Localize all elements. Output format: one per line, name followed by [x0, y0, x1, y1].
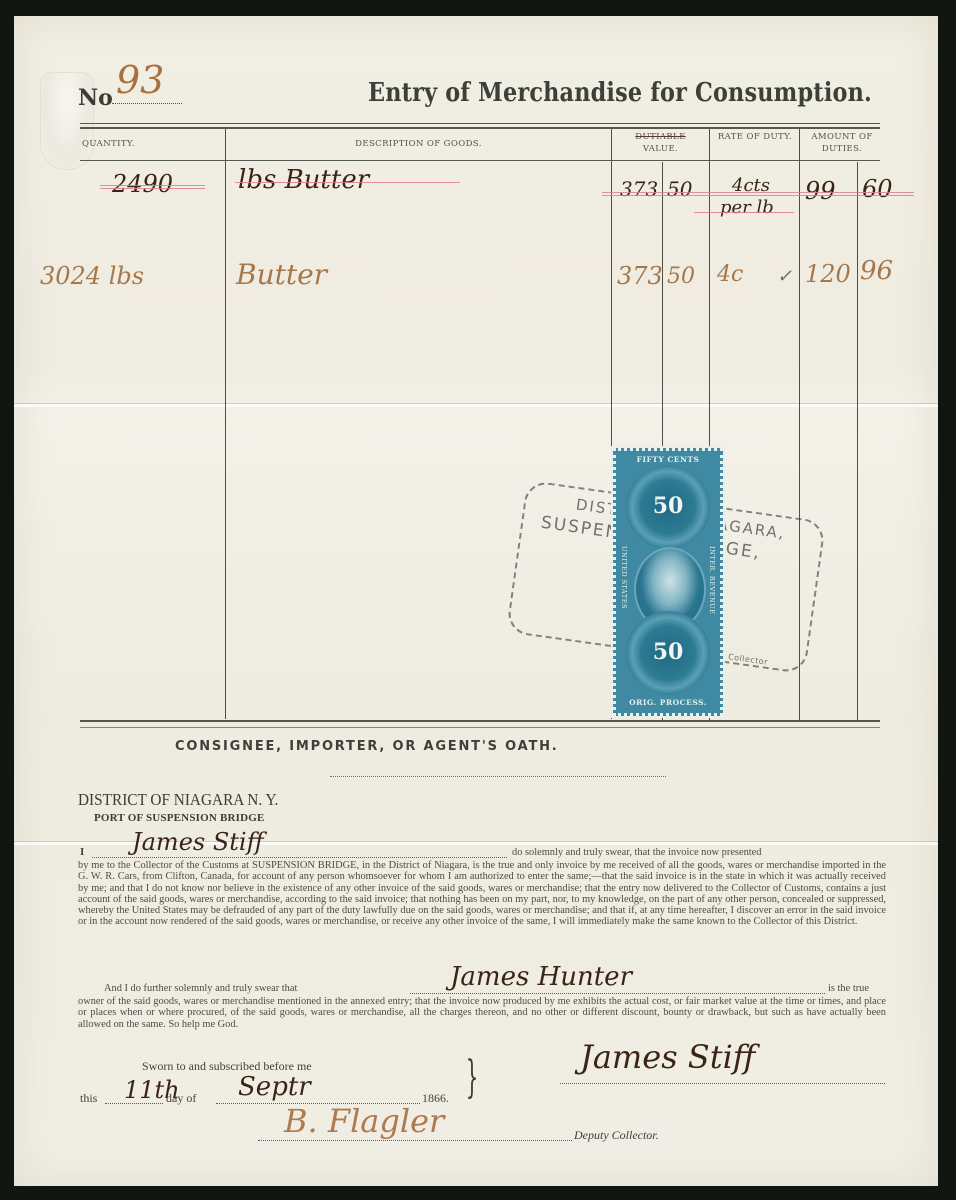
further-swear-suffix: is the true	[828, 983, 869, 994]
entry-number: 93	[116, 58, 164, 102]
day-of-label: day of	[166, 1091, 196, 1106]
stamp-right-text: INTER. REVENUE	[708, 546, 716, 614]
row2-value-dollars: 373	[617, 262, 663, 290]
row1-quantity: 2490	[112, 170, 173, 198]
deputy-collector-label: Deputy Collector.	[574, 1128, 659, 1143]
table-top-rule-double	[80, 127, 880, 129]
oath-paragraph-1: by me to the Collector of the Customs at…	[78, 860, 886, 928]
column-header-amount: Amount of Duties.	[802, 131, 882, 155]
row1-description: lbs Butter	[238, 165, 369, 195]
dotted-separator	[330, 776, 666, 777]
column-header-description: Description of Goods.	[226, 138, 611, 150]
table-bottom-rule	[80, 720, 880, 722]
this-label: this	[80, 1091, 97, 1106]
row1-value-cents: 50	[667, 177, 692, 201]
oath-paragraph-2: owner of the said goods, wares or mercha…	[78, 996, 886, 1030]
row2-amount-dollars: 120	[805, 260, 851, 288]
row2-value-cents: 50	[667, 264, 695, 289]
column-header-quantity: Quantity.	[82, 138, 162, 150]
district-label: DISTRICT OF NIAGARA N. Y.	[78, 790, 278, 810]
column-divider	[225, 129, 226, 719]
stamp-top-text: FIFTY CENTS	[616, 455, 720, 464]
strike-line	[100, 185, 205, 186]
column-header-value-label: Value.	[612, 143, 709, 155]
cents-divider	[857, 162, 858, 720]
row1-amount-dollars: 99	[805, 177, 836, 205]
column-header-value: Dutiable Value.	[612, 131, 709, 155]
strike-line	[602, 195, 914, 196]
table-bottom-rule-thin	[80, 727, 880, 728]
number-dotted-line	[112, 103, 182, 104]
collector-signature: B. Flagler	[284, 1102, 444, 1140]
oath-signer-name: James Stiff	[132, 828, 264, 856]
stamp-denomination-top: 50	[626, 465, 710, 549]
oath-heading: CONSIGNEE, IMPORTER, OR AGENT'S OATH.	[175, 739, 559, 754]
number-label: No	[78, 85, 113, 111]
table-top-rule	[80, 123, 880, 124]
row2-rate: 4c	[717, 262, 743, 287]
signature-line	[560, 1083, 885, 1084]
name-signature-line	[92, 857, 507, 858]
further-swear-prefix: And I do further solemnly and truly swea…	[104, 983, 297, 994]
revenue-stamp: FIFTY CENTS 50 UNITED STATES INTER. REVE…	[613, 448, 723, 716]
denomination-value: 50	[626, 493, 710, 519]
denomination-value: 50	[626, 639, 710, 665]
row2-description: Butter	[236, 258, 327, 291]
strike-line	[100, 188, 205, 189]
port-label: PORT OF SUSPENSION BRIDGE	[94, 812, 265, 824]
row2-amount-cents: 96	[860, 256, 893, 286]
strike-line	[602, 192, 914, 193]
page-title: Entry of Merchandise for Consumption.	[368, 78, 872, 108]
owner-name: James Hunter	[450, 962, 632, 992]
strike-line	[235, 182, 460, 183]
stamp-bottom-text: ORIG. PROCESS.	[616, 698, 720, 707]
strike-line	[694, 212, 794, 213]
checkmark-icon: ✓	[777, 266, 792, 287]
stamp-left-text: UNITED STATES	[620, 546, 628, 609]
row1-value-dollars: 373	[620, 177, 658, 201]
month-value: Septr	[238, 1072, 311, 1102]
row1-amount-cents: 60	[862, 175, 893, 203]
table-header-rule	[80, 160, 880, 161]
oath-i-label: I	[80, 846, 84, 858]
column-header-rate: Rate of Duty.	[712, 131, 798, 143]
row2-quantity: 3024 lbs	[40, 262, 144, 290]
brace-icon: }	[466, 1052, 479, 1103]
struck-header-word: Dutiable	[612, 131, 709, 143]
importer-signature: James Stiff	[580, 1038, 755, 1076]
owner-name-line	[410, 993, 825, 994]
collector-signature-line	[258, 1140, 572, 1141]
stamp-denomination-bottom: 50	[626, 611, 710, 695]
row1-rate-note: per lb	[720, 197, 774, 218]
oath-first-line: do solemnly and truly swear, that the in…	[512, 847, 761, 858]
